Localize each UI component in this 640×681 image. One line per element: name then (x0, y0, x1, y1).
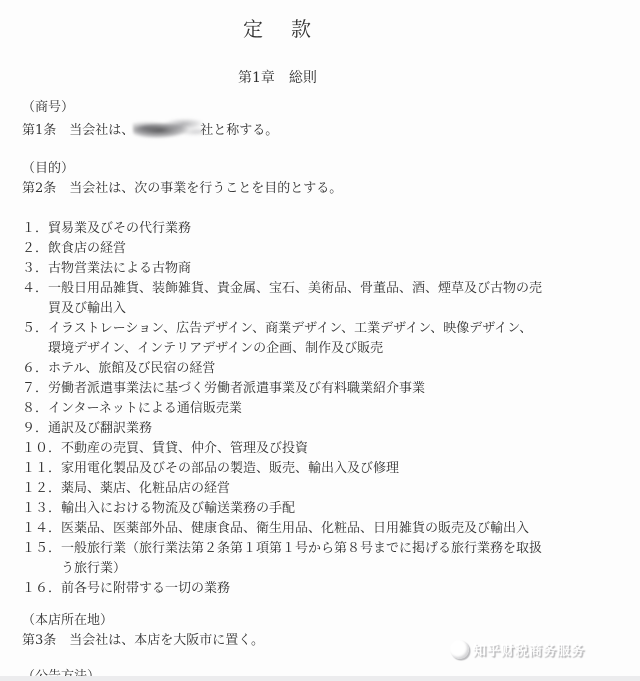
purpose-item: ５． イラストレーション、広告デザイン、商業デザイン、工業デザイン、映像デザイン… (22, 319, 620, 359)
article-1-text-before: 第1条 当会社は、 (22, 123, 134, 138)
purpose-item-text: 古物営業法による古物商 (48, 259, 191, 279)
article-1-caption: （商号） (22, 98, 620, 118)
purpose-item-number: ６． (22, 359, 48, 379)
purpose-item-number: １４． (22, 519, 61, 539)
article-1-text-after: 社と称する。 (200, 123, 278, 138)
purpose-item-number: １． (22, 219, 48, 239)
purpose-item-number: １０． (22, 439, 61, 459)
purpose-item: １３． 輸出入における物流及び輸送業務の手配 (22, 499, 620, 519)
purpose-item-number: １３． (22, 499, 61, 519)
chapter-1-heading: 第1章 総則 (238, 68, 620, 88)
purpose-item-text: イラストレーション、広告デザイン、商業デザイン、工業デザイン、映像デザイン、 環… (48, 319, 532, 359)
page-bottom-edge (0, 676, 640, 681)
purpose-item: ８． インターネットによる通信販売業 (22, 399, 620, 419)
purpose-item-number: １５． (22, 539, 61, 579)
redaction-smudge (133, 117, 204, 140)
purpose-item-text: 飲食店の経営 (48, 239, 126, 259)
watermark: 知乎财税商务服务 (450, 640, 585, 659)
purpose-item: １２． 薬局、薬店、化粧品店の経営 (22, 479, 620, 499)
purpose-item-number: ８． (22, 399, 48, 419)
purpose-item-number: ２． (22, 239, 48, 259)
purpose-item-text: インターネットによる通信販売業 (48, 399, 242, 419)
purpose-item: １１． 家用電化製品及びその部品の製造、販売、輸出入及び修理 (22, 459, 620, 479)
purpose-item-number: １２． (22, 479, 61, 499)
purpose-item-text: 労働者派遣事業法に基づく労働者派遣事業及び有料職業紹介事業 (48, 379, 425, 399)
article-2-text: 第2条 当会社は、次の事業を行うことを目的とする。 (22, 179, 620, 199)
purpose-item-text: 貿易業及びその代行業務 (48, 219, 191, 239)
article-3-caption: （本店所在地） (22, 611, 620, 631)
purpose-item: ３． 古物営業法による古物商 (22, 259, 620, 279)
purpose-item: ６． ホテル、旅館及び民宿の経営 (22, 359, 620, 379)
watermark-text: 知乎财税商务服务 (473, 640, 585, 659)
logo-circle-icon (450, 640, 469, 659)
purpose-item: ９． 通訳及び翻訳業務 (22, 419, 620, 439)
purpose-item: １． 貿易業及びその代行業務 (22, 219, 620, 239)
articles-of-incorporation-page: 定 款 第1章 総則 （商号） 第1条 当会社は、社と称する。 （目的） 第2条… (0, 0, 640, 681)
purpose-item-number: ３． (22, 259, 48, 279)
purpose-item-number: ５． (22, 319, 48, 359)
purpose-item-number: １６． (22, 579, 61, 599)
purpose-item-text: 輸出入における物流及び輸送業務の手配 (61, 499, 295, 519)
purpose-item: ４． 一般日用品雑貨、装飾雑貨、貴金属、宝石、美術品、骨董品、酒、煙草及び古物の… (22, 279, 620, 319)
purpose-item-text: 通訳及び翻訳業務 (48, 419, 152, 439)
purpose-item-number: ４． (22, 279, 48, 319)
purpose-item-text: 一般日用品雑貨、装飾雑貨、貴金属、宝石、美術品、骨董品、酒、煙草及び古物の売 買… (48, 279, 542, 319)
purpose-item-text: 家用電化製品及びその部品の製造、販売、輸出入及び修理 (61, 459, 399, 479)
purpose-item-number: ９． (22, 419, 48, 439)
purpose-item-number: １１． (22, 459, 61, 479)
purpose-item-text: 医薬品、医薬部外品、健康食品、衛生用品、化粧品、日用雑貨の販売及び輸出入 (61, 519, 529, 539)
purpose-item-text: ホテル、旅館及び民宿の経営 (48, 359, 215, 379)
purpose-item-text: 前各号に附帯する一切の業務 (61, 579, 230, 599)
purpose-list: １． 貿易業及びその代行業務 ２． 飲食店の経営 ３． 古物営業法による古物商 … (22, 219, 620, 599)
purpose-item: ７． 労働者派遣事業法に基づく労働者派遣事業及び有料職業紹介事業 (22, 379, 620, 399)
purpose-item: １０． 不動産の売買、賃貸、仲介、管理及び投資 (22, 439, 620, 459)
purpose-item-number: ７． (22, 379, 48, 399)
purpose-item-text: 不動産の売買、賃貸、仲介、管理及び投資 (61, 439, 308, 459)
purpose-item: ２． 飲食店の経営 (22, 239, 620, 259)
purpose-item-text: 薬局、薬店、化粧品店の経営 (61, 479, 230, 499)
purpose-item: １４． 医薬品、医薬部外品、健康食品、衛生用品、化粧品、日用雑貨の販売及び輸出入 (22, 519, 620, 539)
purpose-item: １６． 前各号に附帯する一切の業務 (22, 579, 620, 599)
purpose-item: １５． 一般旅行業（旅行業法第２条第１項第１号から第８号までに掲げる旅行業務を取… (22, 539, 620, 579)
document-title: 定 款 (243, 16, 620, 42)
article-2-caption: （目的） (22, 159, 620, 179)
purpose-item-text: 一般旅行業（旅行業法第２条第１項第１号から第８号までに掲げる旅行業務を取扱 う旅… (61, 539, 542, 579)
article-1-text: 第1条 当会社は、社と称する。 (22, 118, 620, 141)
